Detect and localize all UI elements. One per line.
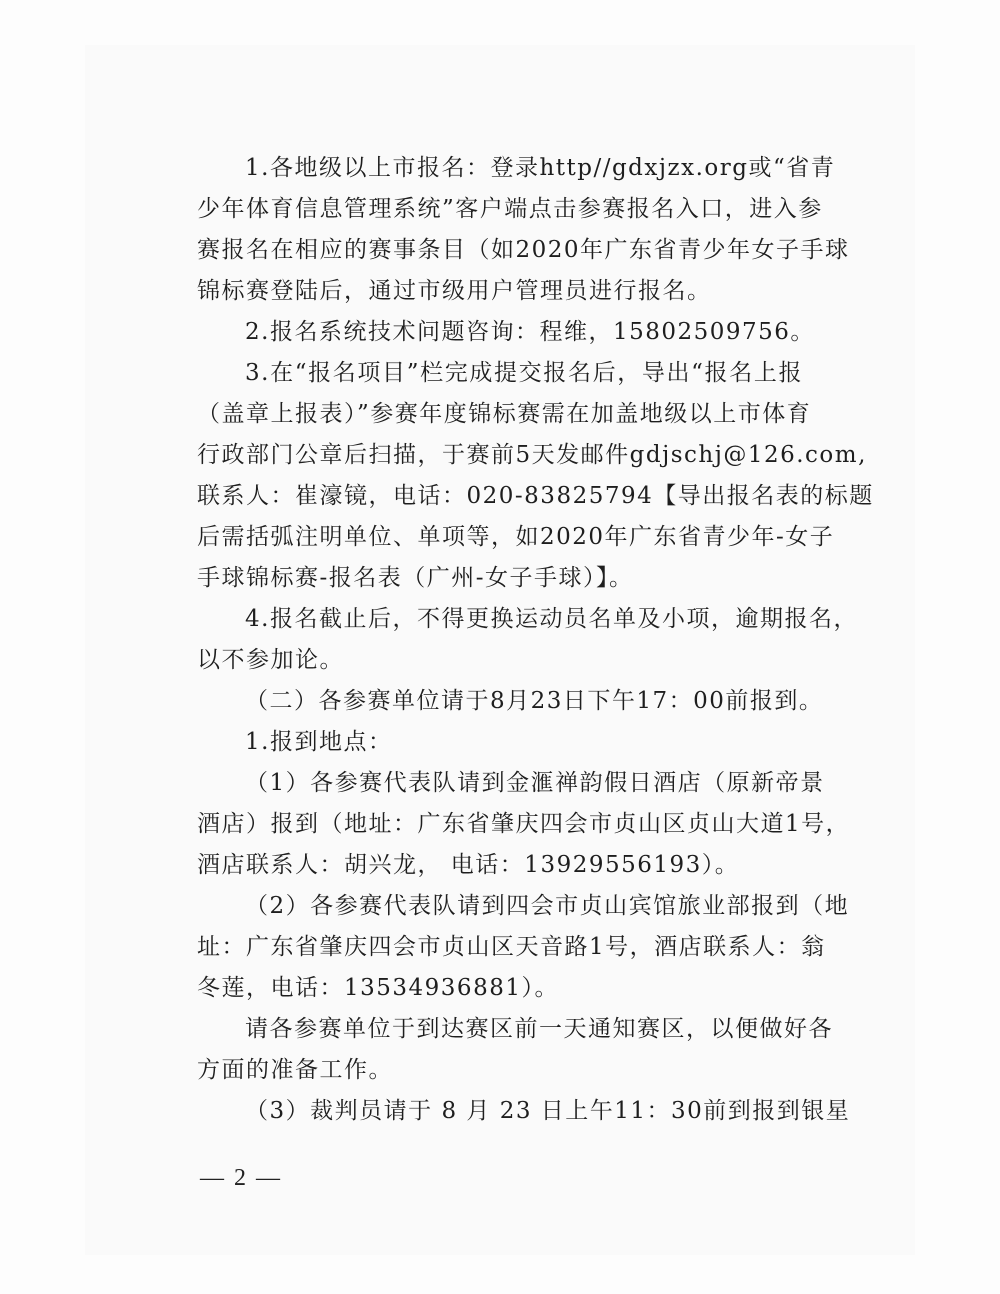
paragraph-8-line-2: 址：广东省肇庆四会市贞山区天音路1号，酒店联系人：翁	[197, 932, 803, 962]
paragraph-8-line-1: （2）各参赛代表队请到四会市贞山宾馆旅业部报到（地	[245, 891, 803, 921]
paragraph-8-line-3: 冬莲，电话：13534936881）。	[197, 973, 559, 1003]
paragraph-3-line-6: 手球锦标赛-报名表（广州-女子手球）】。	[197, 563, 634, 593]
paragraph-6-line-1: 1.报到地点：	[245, 727, 392, 757]
page-number: — 2 —	[200, 1165, 282, 1192]
paragraph-7-line-3: 酒店联系人：胡兴龙， 电话：13929556193）。	[197, 850, 739, 880]
paragraph-2-line-1: 2.报名系统技术问题咨询：程维，15802509756。	[245, 317, 815, 347]
paragraph-10-line-1: （3）裁判员请于 8 月 23 日上午11：30前到报到银星	[245, 1096, 803, 1126]
paragraph-1-line-2: 少年体育信息管理系统”客户端点击参赛报名入口，进入参	[197, 194, 803, 224]
paragraph-7-line-1: （1）各参赛代表队请到金滙禅韵假日酒店（原新帝景	[245, 768, 803, 798]
paragraph-7-line-2: 酒店）报到（地址：广东省肇庆四会市贞山区贞山大道1号，	[197, 809, 803, 839]
paragraph-3-line-4: 联系人：崔濠镜，电话：020-83825794【导出报名表的标题	[197, 481, 803, 511]
paragraph-3-line-1: 3.在“报名项目”栏完成提交报名后，导出“报名上报	[245, 358, 803, 388]
paragraph-1-line-3: 赛报名在相应的赛事条目（如2020年广东省青少年女子手球	[197, 235, 803, 265]
document-page: 1.各地级以上市报名：登录http//gdxjzx.org或“省青 少年体育信息…	[0, 0, 1000, 1294]
paragraph-4-line-1: 4.报名截止后，不得更换运动员名单及小项，逾期报名，	[245, 604, 803, 634]
paragraph-3-line-3: 行政部门公章后扫描，于赛前5天发邮件gdjschj@126.com,	[197, 440, 803, 470]
paragraph-9-line-2: 方面的准备工作。	[197, 1055, 393, 1085]
paragraph-3-line-2: （盖章上报表）”参赛年度锦标赛需在加盖地级以上市体育	[197, 399, 803, 429]
paragraph-9-line-1: 请各参赛单位于到达赛区前一天通知赛区，以便做好各	[245, 1014, 803, 1044]
section-heading-registration: （二）各参赛单位请于8月23日下午17：00前报到。	[245, 686, 823, 716]
paragraph-3-line-5: 后需括弧注明单位、单项等，如2020年广东省青少年-女子	[197, 522, 803, 552]
paragraph-1-line-4: 锦标赛登陆后，通过市级用户管理员进行报名。	[197, 276, 712, 306]
paragraph-4-line-2: 以不参加论。	[197, 645, 344, 675]
paragraph-1-line-1: 1.各地级以上市报名：登录http//gdxjzx.org或“省青	[245, 153, 803, 183]
